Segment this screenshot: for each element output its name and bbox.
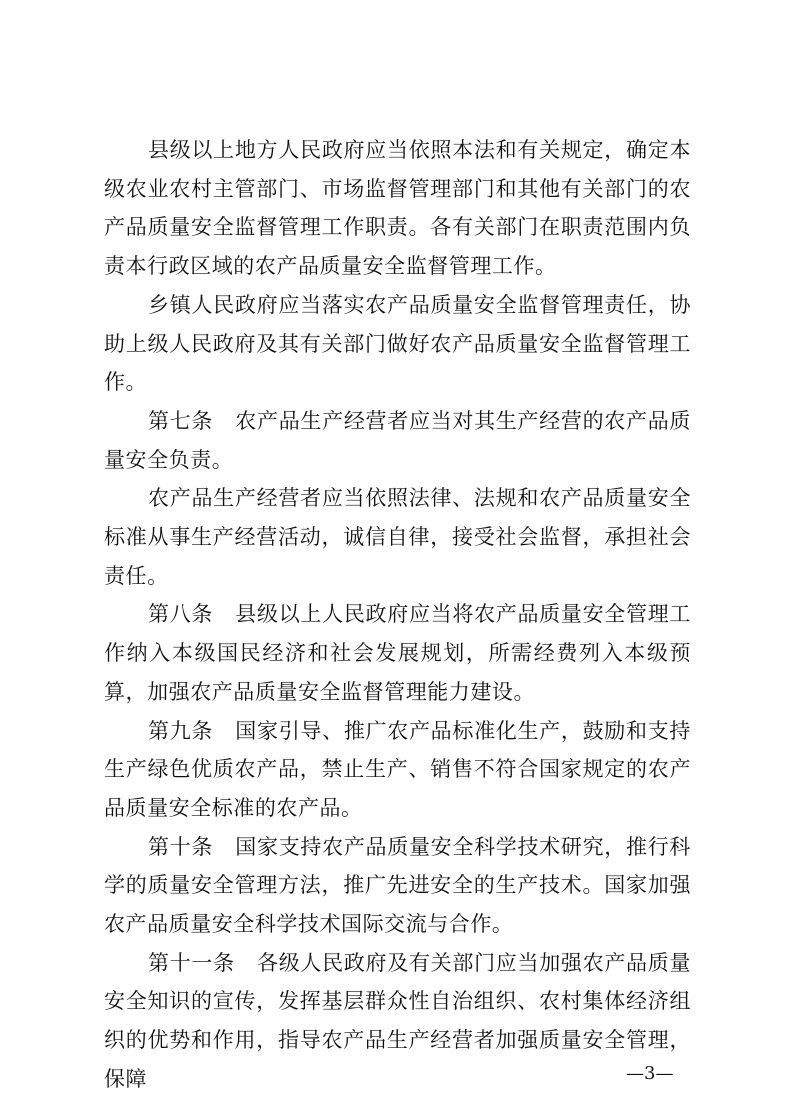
- article-paragraph-11: 第十一条各级人民政府及有关部门应当加强农产品质量安全知识的宣传，发挥基层群众性自…: [104, 944, 691, 1099]
- article-number: 第十条: [148, 835, 213, 859]
- article-number: 第八条: [148, 602, 213, 626]
- article-paragraph-7: 第七条农产品生产经营者应当对其生产经营的农产品质量安全负责。: [104, 402, 691, 479]
- article-number: 第十一条: [148, 951, 235, 975]
- paragraph-text: 乡镇人民政府应当落实农产品质量安全监督管理责任，协助上级人民政府及其有关部门做好…: [104, 293, 691, 394]
- page-number: —3—: [626, 1063, 673, 1084]
- paragraph-text: 农产品生产经营者应当依照法律、法规和农产品质量安全标准从事生产经营活动，诚信自律…: [104, 486, 691, 587]
- document-body: 县级以上地方人民政府应当依照本法和有关规定，确定本级农业农村主管部门、市场监督管…: [104, 131, 691, 1099]
- article-paragraph-10: 第十条国家支持农产品质量安全科学技术研究，推行科学的质量安全管理方法，推广先进安…: [104, 828, 691, 944]
- article-number: 第九条: [148, 719, 213, 743]
- article-number: 第七条: [148, 409, 213, 433]
- article-paragraph-9: 第九条国家引导、推广农产品标准化生产，鼓励和支持生产绿色优质农产品，禁止生产、销…: [104, 712, 691, 828]
- paragraph: 县级以上地方人民政府应当依照本法和有关规定，确定本级农业农村主管部门、市场监督管…: [104, 131, 691, 286]
- paragraph: 乡镇人民政府应当落实农产品质量安全监督管理责任，协助上级人民政府及其有关部门做好…: [104, 286, 691, 402]
- paragraph: 农产品生产经营者应当依照法律、法规和农产品质量安全标准从事生产经营活动，诚信自律…: [104, 479, 691, 595]
- article-paragraph-8: 第八条县级以上人民政府应当将农产品质量安全管理工作纳入本级国民经济和社会发展规划…: [104, 595, 691, 711]
- paragraph-text: 县级以上地方人民政府应当依照本法和有关规定，确定本级农业农村主管部门、市场监督管…: [104, 138, 691, 278]
